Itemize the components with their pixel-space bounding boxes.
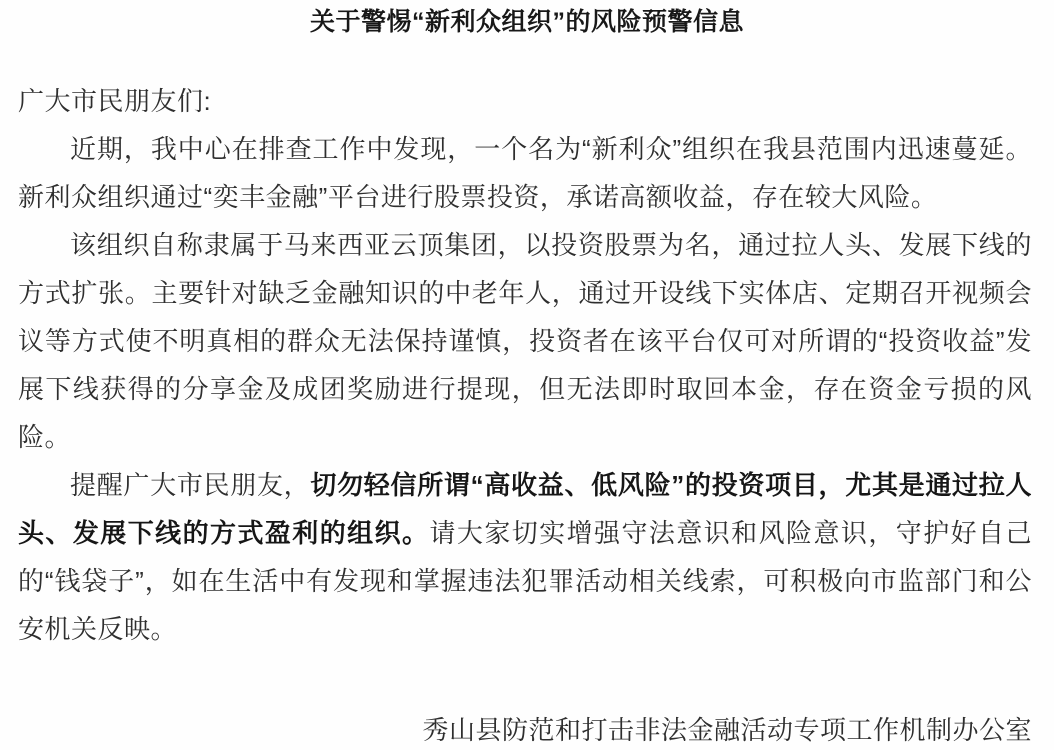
salutation: 广大市民朋友们: [18,77,1032,125]
document-page: 关于警惕“新利众组织”的风险预警信息 广大市民朋友们: 近期，我中心在排查工作中… [0,0,1054,750]
paragraph-reminder: 提醒广大市民朋友，切勿轻信所谓“高收益、低风险”的投资项目，尤其是通过拉人头、发… [18,461,1032,653]
page-title: 关于警惕“新利众组织”的风险预警信息 [0,6,1054,38]
reminder-lead-text: 提醒广大市民朋友， [70,470,310,500]
paragraph-organization-text: 该组织自称隶属于马来西亚云顶集团，以投资股票为名，通过拉人头、发展下线的方式扩张… [18,230,1032,452]
paragraph-discovery: 近期，我中心在排查工作中发现，一个名为“新利众”组织在我县范围内迅速蔓延。新利众… [18,125,1032,221]
paragraph-organization-description: 该组织自称隶属于马来西亚云顶集团，以投资股票为名，通过拉人头、发展下线的方式扩张… [18,221,1032,461]
document-body: 广大市民朋友们: 近期，我中心在排查工作中发现，一个名为“新利众”组织在我县范围… [18,77,1032,653]
signature-issuing-office: 秀山县防范和打击非法金融活动专项工作机制办公室 [422,706,1032,750]
